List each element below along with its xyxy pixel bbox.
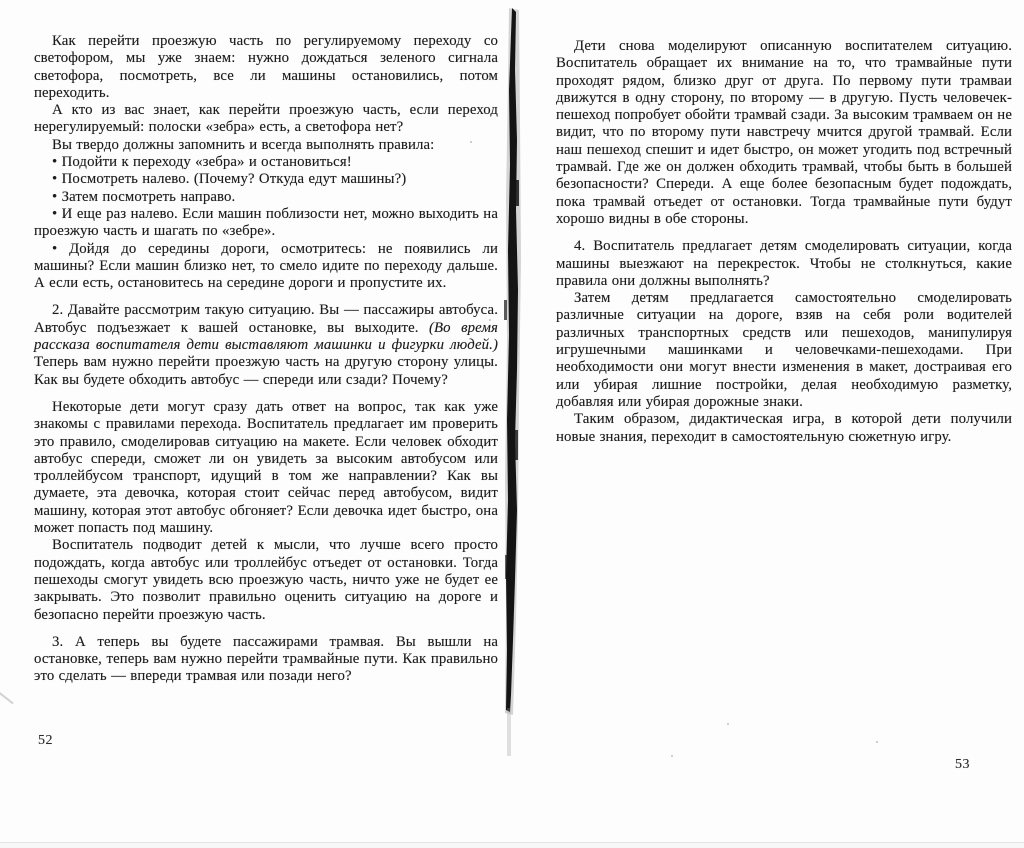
rule-bullet-item: • Затем посмотреть направо. [34, 189, 498, 206]
paragraph-teacher-conclusion: Воспитатель подводит детей к мысли, что … [34, 537, 498, 623]
rule-bullet-item: • Посмотреть налево. (Почему? Откуда еду… [34, 171, 498, 188]
rule-bullet-item: • Дойдя до середины дороги, осмотритесь:… [34, 241, 498, 293]
paragraph-situation-3: 3. А теперь вы будете пассажирами трамва… [34, 634, 498, 686]
right-page: Дети снова моделируют описанную воспитат… [556, 38, 1012, 446]
scan-speck [727, 723, 729, 725]
scan-speck [352, 73, 354, 75]
rule-bullet-item: • И еще раз налево. Если машин поблизост… [34, 206, 498, 241]
rule-bullet-item: • Подойти к переходу «зебра» и остановит… [34, 154, 498, 171]
scan-bottom-edge-strip [0, 843, 1024, 848]
paragraph-intro-1: Как перейти проезжую часть по регулируем… [34, 33, 498, 102]
paragraph-rules-lead: Вы твердо должны запомнить и всегда выпо… [34, 137, 498, 154]
left-page: Как перейти проезжую часть по регулируем… [34, 33, 498, 686]
paragraph-situation-2: 2. Давайте рассмотрим такую ситуацию. Вы… [34, 302, 498, 388]
paragraph-situation-4: 4. Воспитатель предлагает детям смоделир… [556, 238, 1012, 290]
scan-speck [876, 741, 878, 743]
paragraph-tram-modeling: Дети снова моделируют описанную воспитат… [556, 38, 1012, 228]
page-number-left: 52 [38, 733, 53, 749]
scan-speck [489, 319, 491, 321]
paragraph-conclusion: Таким образом, дидактическая игра, в кот… [556, 411, 1012, 446]
situation-2-text-continued: Теперь вам нужно перейти проезжую часть … [34, 354, 498, 387]
scan-speck [671, 755, 673, 757]
paragraph-children-answer: Некоторые дети могут сразу дать ответ на… [34, 399, 498, 537]
page-number-right: 53 [955, 757, 970, 773]
paragraph-intro-2: А кто из вас знает, как перейти проезжую… [34, 102, 498, 137]
paragraph-independent-modeling: Затем детям предлагается самостоятельно … [556, 290, 1012, 411]
scan-speck [470, 141, 472, 143]
